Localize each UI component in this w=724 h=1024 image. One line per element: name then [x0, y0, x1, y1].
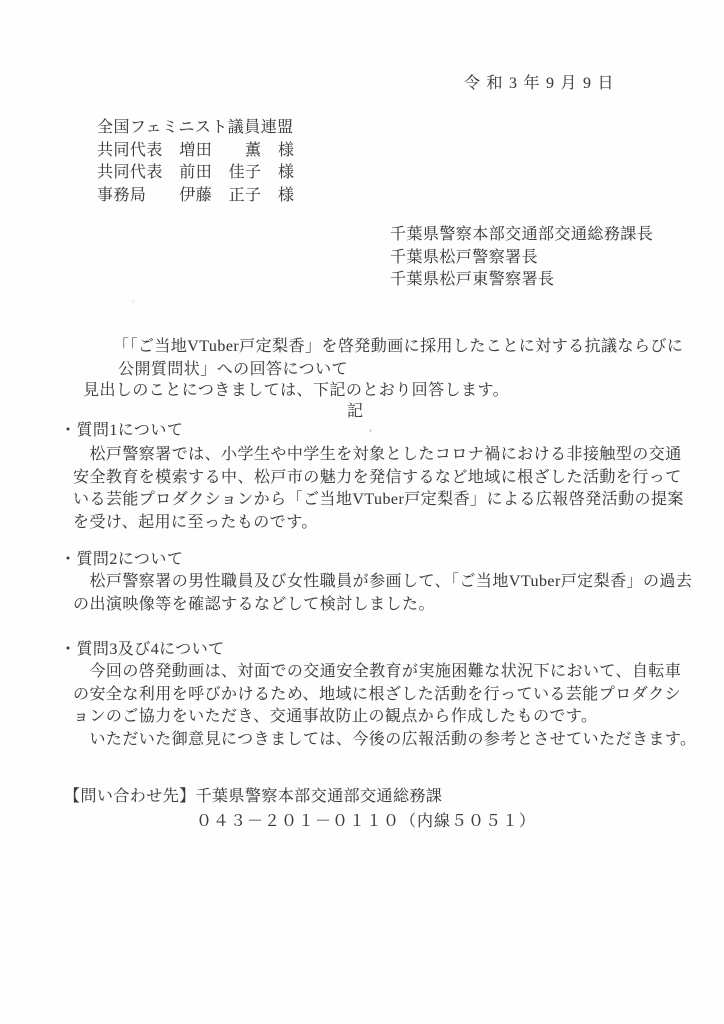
recipient-line: 事務局 伊藤 正子 様 — [97, 185, 294, 208]
body-line: 安全教育を模索する中、松戸市の魅力を発信するなど地域に根ざした活動を行って — [73, 467, 684, 490]
contact-label: 【問い合わせ先】 — [64, 788, 196, 805]
section-body-question-3-4: 今回の啓発動画は、対面での交通安全教育が実施困難な状況下において、自転車 の安全… — [73, 661, 697, 752]
contact-phone: ０４３－２０１－０１１０（内線５０５１） — [196, 811, 536, 834]
sender-line: 千葉県松戸警察署長 — [390, 247, 653, 270]
section-heading-question-1: ・質問1について — [60, 420, 183, 443]
section-body-question-2: 松戸警察署の男性職員及び女性職員が参画して、「ご当地VTuber戸定梨香」の過去… — [73, 571, 692, 616]
contact-org: 千葉県警察本部交通部交通総務課 — [196, 788, 443, 805]
scan-speck — [369, 429, 372, 432]
subject-line-2: 公開質問状」への回答について — [118, 359, 348, 382]
recipient-line: 共同代表 増田 薫 様 — [97, 140, 294, 163]
body-line: の安全な利用を呼びかけるため、地域に根ざした活動を行っている芸能プロダクシ — [73, 684, 697, 707]
recipient-block: 全国フェミニスト議員連盟 共同代表 増田 薫 様 共同代表 前田 佳子 様 事務… — [97, 117, 294, 208]
body-line: いただいた御意見につきましては、今後の広報活動の参考とさせていただきます。 — [73, 729, 697, 752]
subject-line-1: 「「ご当地VTuber戸定梨香」を啓発動画に採用したことに対する抗議ならびに — [113, 336, 683, 359]
body-line: 今回の啓発動画は、対面での交通安全教育が実施困難な状況下において、自転車 — [73, 661, 697, 684]
contact-info: 【問い合わせ先】千葉県警察本部交通部交通総務課 — [64, 786, 442, 809]
section-heading-question-3-4: ・質問3及び4について — [60, 639, 225, 662]
section-heading-question-2: ・質問2について — [60, 549, 183, 572]
body-line: の出演映像等を確認するなどして検討しました。 — [73, 594, 692, 617]
letter-date: 令和3年9月9日 — [464, 73, 620, 96]
recipient-org: 全国フェミニスト議員連盟 — [97, 117, 294, 140]
body-line: 松戸警察署の男性職員及び女性職員が参画して、「ご当地VTuber戸定梨香」の過去 — [73, 571, 692, 594]
scanned-letter-page: 令和3年9月9日 全国フェミニスト議員連盟 共同代表 増田 薫 様 共同代表 前… — [0, 0, 724, 1024]
body-line: を受け、起用に至ったものです。 — [73, 512, 684, 535]
body-line: いる芸能プロダクションから「ご当地VTuber戸定梨香」による広報啓発活動の提案 — [73, 489, 684, 512]
recipient-line: 共同代表 前田 佳子 様 — [97, 162, 294, 185]
sender-line: 千葉県松戸東警察署長 — [390, 269, 653, 292]
scan-speck — [131, 300, 135, 303]
intro-sentence: 見出しのことにつきましては、下記のとおり回答します。 — [83, 380, 509, 403]
section-body-question-1: 松戸警察署では、小学生や中学生を対象としたコロナ禍における非接触型の交通 安全教… — [73, 444, 684, 535]
body-line: ョンのご協力をいただき、交通事故防止の観点から作成したものです。 — [73, 706, 697, 729]
body-line: 松戸警察署では、小学生や中学生を対象としたコロナ禍における非接触型の交通 — [73, 444, 684, 467]
sender-line: 千葉県警察本部交通部交通総務課長 — [390, 224, 653, 247]
sender-block: 千葉県警察本部交通部交通総務課長 千葉県松戸警察署長 千葉県松戸東警察署長 — [390, 224, 653, 292]
